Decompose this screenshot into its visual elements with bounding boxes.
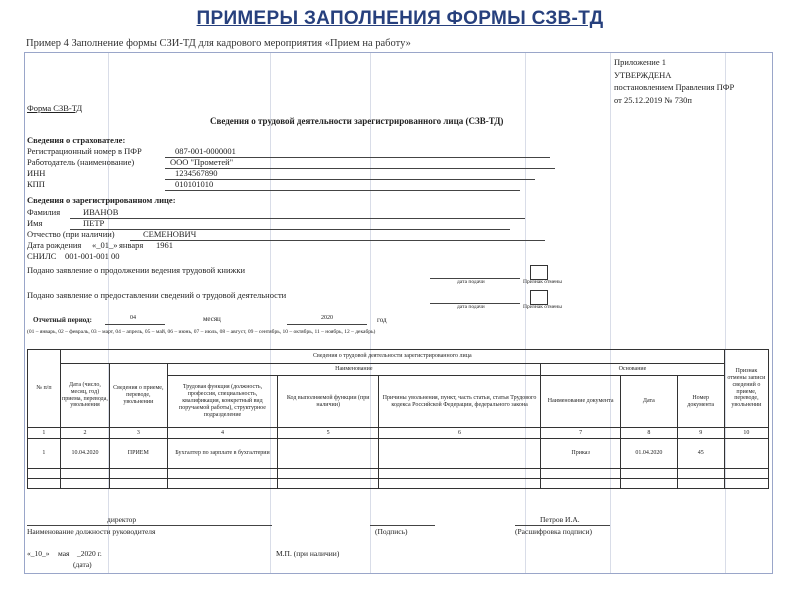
snils-label: СНИЛС [27, 251, 56, 261]
period-year-label: год [377, 316, 387, 324]
grid-line [108, 53, 109, 573]
header-job-function: Трудовая функция (должность, профессия, … [167, 376, 278, 428]
period-year-value: 2020 [321, 315, 333, 321]
cell-event: ПРИЕМ [110, 439, 167, 469]
header-doc-name: Наименование документа [541, 376, 621, 428]
underline [165, 190, 520, 191]
date-caption: (дата) [73, 560, 92, 569]
birth-label: Дата рождения [27, 240, 81, 250]
form-label: Форма СЗВ-ТД [27, 103, 82, 113]
column-number: 8 [621, 428, 677, 439]
example-title: Пример 4 Заполнение формы СЗИ-ТД для кад… [26, 38, 411, 49]
employer-label: Работодатель (наименование) [27, 157, 134, 167]
reg-number-value: 087-001-0000001 [175, 146, 236, 156]
cell-job-function: Бухгалтер по зарплате в бухгалтерии [167, 439, 278, 469]
underline [130, 240, 545, 241]
underline [370, 525, 435, 526]
sign-date-month: мая [58, 549, 69, 558]
signer-name: Петров И.А. [540, 515, 580, 524]
inn-label: ИНН [27, 168, 45, 178]
kpp-value: 010101010 [175, 179, 213, 189]
underline [70, 229, 510, 230]
application-2-date-label: дата подачи [457, 304, 485, 310]
cell-doc-number: 45 [677, 439, 724, 469]
sign-date-day: «_10_» [27, 549, 50, 558]
signature-caption: (Подпись) [375, 527, 408, 536]
column-number: 4 [167, 428, 278, 439]
underline [70, 218, 525, 219]
name-value: ПЕТР [83, 218, 104, 228]
position-caption: Наименование должности руководителя [27, 527, 156, 536]
underline [165, 168, 555, 169]
sign-date-year: _2020 г. [77, 549, 102, 558]
person-heading: Сведения о зарегистрированном лице: [27, 195, 176, 205]
inn-value: 1234567890 [175, 168, 218, 178]
form-title: Сведения о трудовой деятельности зарегис… [210, 116, 503, 126]
grid-line [525, 53, 526, 573]
appendix-line: Приложение 1 [614, 56, 734, 69]
period-legend: (01 – январь, 02 – февраль, 03 – март, 0… [27, 329, 375, 335]
cell-date: 10.04.2020 [60, 439, 109, 469]
patronymic-value: СЕМЕНОВИЧ [143, 229, 196, 239]
snils-value: 001-001-001 00 [65, 251, 120, 261]
grid-line [610, 53, 611, 573]
application-1-cancel-label: Признак отмены [523, 279, 562, 285]
column-number: 6 [378, 428, 540, 439]
period-label: Отчетный период: [33, 316, 92, 324]
birth-month: января [119, 240, 143, 250]
form-sheet: Приложение 1 УТВЕРЖДЕНА постановлением П… [24, 52, 773, 574]
cell-function-code [278, 439, 379, 469]
column-numbers-row: 1 2 3 4 5 6 7 8 9 10 [28, 428, 769, 439]
cell-dismissal-reason [378, 439, 540, 469]
header-doc-date: Дата [621, 376, 677, 428]
cell-cancel-flag [724, 439, 768, 469]
appendix-line: УТВЕРЖДЕНА [614, 69, 734, 82]
appendix-block: Приложение 1 УТВЕРЖДЕНА постановлением П… [614, 56, 734, 106]
grid-line [270, 53, 271, 573]
table-row: 1 10.04.2020 ПРИЕМ Бухгалтер по зарплате… [28, 439, 769, 469]
period-month-label: месяц [203, 315, 221, 323]
cell-doc-date: 01.04.2020 [621, 439, 677, 469]
underline [105, 324, 165, 325]
grid-line [725, 53, 726, 573]
column-number: 5 [278, 428, 379, 439]
cell-doc-name: Приказ [541, 439, 621, 469]
surname-value: ИВАНОВ [83, 207, 118, 217]
banner-title: ПРИМЕРЫ ЗАПОЛНЕНИЯ ФОРМЫ СЗВ-ТД [0, 8, 800, 30]
employment-table: № п/п Сведения о трудовой деятельности з… [27, 349, 769, 489]
column-number: 3 [110, 428, 167, 439]
header-cancel-flag: Признак отмены записи сведений о приеме,… [724, 350, 768, 428]
application-1-checkbox[interactable] [530, 265, 548, 280]
insurer-heading: Сведения о страхователе: [27, 135, 125, 145]
reg-number-label: Регистрационный номер в ПФР [27, 146, 142, 156]
application-2-cancel-label: Признак отмены [523, 304, 562, 310]
header-function-code: Код выполняемой функции (при наличии) [278, 376, 379, 428]
surname-label: Фамилия [27, 207, 60, 217]
appendix-line: от 25.12.2019 № 730п [614, 94, 734, 107]
employer-value: ООО "Прометей" [170, 157, 233, 167]
column-number: 10 [724, 428, 768, 439]
header-doc-number: Номер документа [677, 376, 724, 428]
cell-number: 1 [28, 439, 61, 469]
table-row [28, 469, 769, 479]
patronymic-label: Отчество (при наличии) [27, 229, 115, 239]
application-1-label: Подано заявление о продолжении ведения т… [27, 265, 245, 275]
table-row [28, 479, 769, 489]
header-dismissal-reason: Причины увольнения, пункт, часть статьи,… [378, 376, 540, 428]
column-number: 7 [541, 428, 621, 439]
header-date: Дата (число, месяц, год) приема, перевод… [60, 364, 109, 428]
name-caption: (Расшифровка подписи) [515, 527, 592, 536]
underline [165, 179, 535, 180]
application-1-date-label: дата подачи [457, 279, 485, 285]
header-naimenovanie: Наименование [167, 364, 541, 376]
header-number: № п/п [28, 350, 61, 428]
birth-year: 1961 [156, 240, 173, 250]
underline [287, 324, 367, 325]
column-number: 9 [677, 428, 724, 439]
period-month-value: 04 [130, 315, 136, 321]
birth-day: «_01_» [92, 240, 118, 250]
grid-line [370, 53, 371, 573]
table-section-title: Сведения о трудовой деятельности зарегис… [60, 350, 724, 364]
kpp-label: КПП [27, 179, 45, 189]
column-number: 1 [28, 428, 61, 439]
header-osnovanie: Основание [541, 364, 725, 376]
underline [515, 525, 610, 526]
signer-position: директор [107, 515, 136, 524]
name-label: Имя [27, 218, 42, 228]
header-event-info: Сведения о приеме, переводе, увольнении [110, 364, 167, 428]
appendix-line: постановлением Правления ПФР [614, 81, 734, 94]
column-number: 2 [60, 428, 109, 439]
application-2-checkbox[interactable] [530, 290, 548, 305]
application-2-label: Подано заявление о предоставлении сведен… [27, 290, 286, 300]
underline [27, 525, 272, 526]
stamp-label: М.П. (при наличии) [276, 549, 339, 558]
